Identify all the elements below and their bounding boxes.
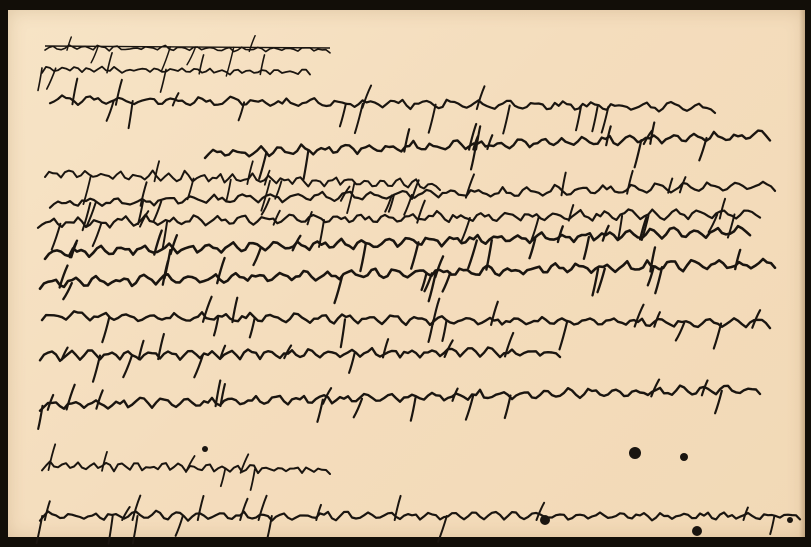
handwriting-line: illegible handwriting line 13	[42, 444, 330, 490]
handwriting-line: illegible handwriting line 7	[38, 199, 760, 250]
handwriting-line: illegible handwriting line 4	[205, 123, 770, 180]
handwriting-line: illegible handwriting line 3	[50, 79, 715, 134]
handwriting-line: illegible handwriting line 12	[38, 380, 760, 429]
ink-blot	[680, 453, 688, 461]
handwriting-line: illegible handwriting line 10	[42, 297, 770, 350]
ink-blot	[629, 447, 641, 459]
handwriting-lines: illegible handwriting line 1illegible ha…	[37, 36, 800, 544]
ink-blot	[692, 526, 702, 536]
handwriting-layer: illegible handwriting line 1illegible ha…	[0, 0, 811, 547]
handwriting-line: illegible handwriting line 2	[38, 53, 310, 92]
ink-blot	[540, 515, 550, 525]
ink-blot	[202, 446, 208, 452]
ink-blot	[787, 517, 793, 523]
handwriting-line: illegible handwriting line 14	[37, 496, 800, 544]
handwriting-line: illegible handwriting line 9	[40, 247, 775, 303]
handwriting-line: illegible handwriting line 11	[40, 333, 560, 382]
ink-blots	[202, 446, 793, 536]
handwriting-line: illegible handwriting line 1	[45, 36, 330, 76]
handwriting-line: illegible handwriting line 8	[45, 217, 750, 278]
